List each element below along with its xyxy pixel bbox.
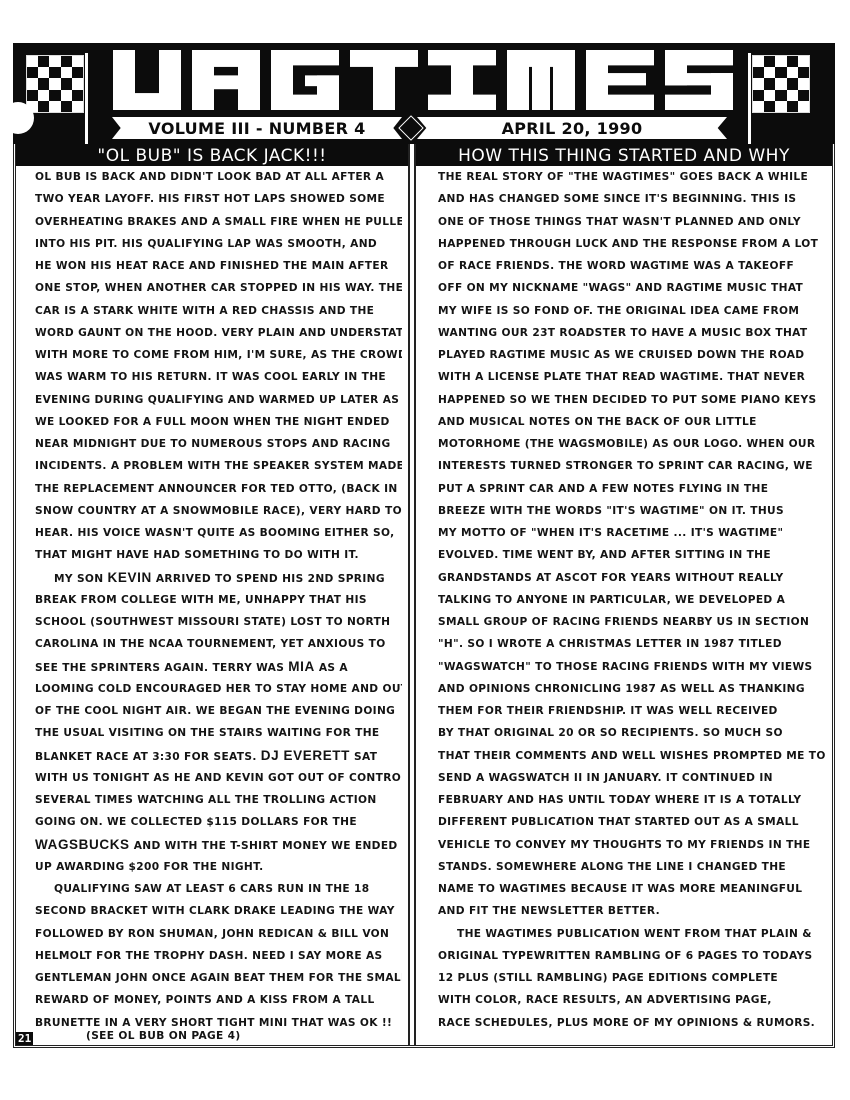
text-line: AND OPINIONS CHRONICLING 1987 AS WELL AS…	[438, 678, 826, 700]
checker-square	[72, 67, 83, 78]
text-line: OL BUB IS BACK AND DIDN'T LOOK BAD AT AL…	[35, 166, 402, 188]
left-column: "OL BUB" IS BACK JACK!!! OL BUB IS BACK …	[16, 144, 410, 1045]
checker-square	[798, 56, 809, 67]
volume-number: VOLUME III - NUMBER 4	[148, 119, 365, 138]
text-line: LOOMING COLD ENCOURAGED HER TO STAY HOME…	[35, 678, 402, 700]
left-article-body: OL BUB IS BACK AND DIDN'T LOOK BAD AT AL…	[16, 166, 408, 1034]
text-line: INCIDENTS. A PROBLEM WITH THE SPEAKER SY…	[35, 455, 402, 477]
text-line: BY THAT ORIGINAL 20 OR SO RECIPIENTS. SO…	[438, 722, 826, 744]
checker-square	[38, 101, 49, 112]
text-line: STANDS. SOMEWHERE ALONG THE LINE I CHANG…	[438, 856, 826, 878]
text-line: OF THE COOL NIGHT AIR. WE BEGAN THE EVEN…	[35, 700, 402, 722]
masthead-letter-i	[428, 50, 496, 110]
checker-square	[753, 56, 764, 67]
text-line: HELMOLT FOR THE TROPHY DASH. NEED I SAY …	[35, 945, 402, 967]
text-run: MY SON	[54, 573, 108, 585]
text-line: NAME TO WAGTIMES BECAUSE IT WAS MORE MEA…	[438, 878, 826, 900]
right-article-headline: HOW THIS THING STARTED AND WHY	[416, 144, 832, 166]
text-line: PUT A SPRINT CAR AND A FEW NOTES FLYING …	[438, 478, 826, 500]
checker-square	[764, 90, 775, 101]
checker-square	[775, 67, 786, 78]
text-run: AND WITH THE T-SHIRT MONEY WE ENDED	[130, 840, 398, 852]
masthead-letter-s	[665, 50, 733, 110]
checker-square	[775, 56, 786, 67]
checker-square	[38, 67, 49, 78]
checker-square	[787, 78, 798, 89]
text-line: INTERESTS TURNED STRONGER TO SPRINT CAR …	[438, 455, 826, 477]
text-line: WE LOOKED FOR A FULL MOON WHEN THE NIGHT…	[35, 411, 402, 433]
binder-hole	[2, 102, 34, 134]
text-line: SNOW COUNTRY AT A SNOWMOBILE RACE), VERY…	[35, 500, 402, 522]
text-line: HAPPENED SO WE THEN DECIDED TO PUT SOME …	[438, 389, 826, 411]
checker-square	[49, 67, 60, 78]
checkered-flag-icon	[746, 53, 808, 118]
text-line: NEAR MIDNIGHT DUE TO NUMEROUS STOPS AND …	[35, 433, 402, 455]
text-line: INTO HIS PIT. HIS QUALIFYING LAP WAS SMO…	[35, 233, 402, 255]
checker-square	[787, 101, 798, 112]
checker-square	[61, 78, 72, 89]
text-line: 12 PLUS (STILL RAMBLING) PAGE EDITIONS C…	[438, 967, 826, 989]
right-column: HOW THIS THING STARTED AND WHY THE REAL …	[414, 144, 832, 1045]
text-line: ONE STOP, WHEN ANOTHER CAR STOPPED IN HI…	[35, 277, 402, 299]
checker-square	[798, 67, 809, 78]
text-line: FOLLOWED BY RON SHUMAN, JOHN REDICAN & B…	[35, 923, 402, 945]
checker-square	[49, 101, 60, 112]
text-line: FEBRUARY AND HAS UNTIL TODAY WHERE IT IS…	[438, 789, 826, 811]
text-line: MOTORHOME (THE WAGSMOBILE) AS OUR LOGO. …	[438, 433, 826, 455]
checker-square	[753, 67, 764, 78]
checker-square	[38, 90, 49, 101]
text-line: ONE OF THOSE THINGS THAT WASN'T PLANNED …	[438, 211, 826, 233]
text-line: OVERHEATING BRAKES AND A SMALL FIRE WHEN…	[35, 211, 402, 233]
text-run: BLANKET RACE AT 3:30 FOR SEATS.	[35, 751, 261, 763]
checker-square	[72, 101, 83, 112]
text-line: RACE SCHEDULES, PLUS MORE OF MY OPINIONS…	[438, 1012, 826, 1034]
flag-checker-grid	[752, 55, 810, 113]
flag-pole	[748, 53, 751, 145]
checker-square	[27, 90, 38, 101]
checker-square	[27, 78, 38, 89]
emphasized-name: KEVIN	[108, 570, 152, 585]
text-line: MY MOTTO OF "WHEN IT'S RACETIME ... IT'S…	[438, 522, 826, 544]
text-line: HE WON HIS HEAT RACE AND FINISHED THE MA…	[35, 255, 402, 277]
emphasized-name: DJ EVERETT	[261, 748, 350, 763]
checker-square	[775, 90, 786, 101]
emphasized-name: WAGSBUCKS	[35, 837, 130, 852]
checker-square	[798, 90, 809, 101]
text-line: CAR IS A STARK WHITE WITH A RED CHASSIS …	[35, 300, 402, 322]
checker-square	[775, 101, 786, 112]
masthead-title	[113, 50, 733, 110]
text-line: GENTLEMAN JOHN ONCE AGAIN BEAT THEM FOR …	[35, 967, 402, 989]
checker-square	[27, 67, 38, 78]
text-line: MY SON KEVIN ARRIVED TO SPEND HIS 2ND SP…	[35, 567, 402, 589]
text-line: BLANKET RACE AT 3:30 FOR SEATS. DJ EVERE…	[35, 745, 402, 767]
text-line: GOING ON. WE COLLECTED $115 DOLLARS FOR …	[35, 811, 402, 833]
masthead-letter-e	[586, 50, 654, 110]
text-line: THAT MIGHT HAVE HAD SOMETHING TO DO WITH…	[35, 544, 402, 566]
masthead-letter-a	[192, 50, 260, 110]
text-line: "H". SO I WROTE A CHRISTMAS LETTER IN 19…	[438, 633, 826, 655]
text-line: SEVERAL TIMES WATCHING ALL THE TROLLING …	[35, 789, 402, 811]
text-run: ARRIVED TO SPEND HIS 2ND SPRING	[152, 573, 385, 585]
text-line: VEHICLE TO CONVEY MY THOUGHTS TO MY FRIE…	[438, 834, 826, 856]
text-run: AS A	[315, 662, 348, 674]
checker-square	[798, 101, 809, 112]
checker-square	[753, 101, 764, 112]
checker-square	[787, 90, 798, 101]
text-line: THE REPLACEMENT ANNOUNCER FOR TED OTTO, …	[35, 478, 402, 500]
text-line: UP AWARDING $200 FOR THE NIGHT.	[35, 856, 402, 878]
text-line: AND FIT THE NEWSLETTER BETTER.	[438, 900, 826, 922]
masthead-letter-m	[507, 50, 575, 110]
text-line: "WAGSWATCH" TO THOSE RACING FRIENDS WITH…	[438, 656, 826, 678]
issue-date: APRIL 20, 1990	[502, 119, 643, 138]
text-line: AND HAS CHANGED SOME SINCE IT'S BEGINNIN…	[438, 188, 826, 210]
checker-square	[72, 90, 83, 101]
checker-square	[72, 78, 83, 89]
checker-square	[49, 56, 60, 67]
left-article-headline: "OL BUB" IS BACK JACK!!!	[16, 144, 408, 166]
checker-square	[38, 56, 49, 67]
flag-pole	[85, 53, 88, 145]
text-line: OF RACE FRIENDS. THE WORD WAGTIME WAS A …	[438, 255, 826, 277]
checker-square	[787, 67, 798, 78]
checker-square	[764, 56, 775, 67]
checker-square	[764, 78, 775, 89]
checker-square	[764, 101, 775, 112]
masthead-letter-t	[350, 50, 418, 110]
checker-square	[49, 90, 60, 101]
text-line: SMALL GROUP OF RACING FRIENDS NEARBY US …	[438, 611, 826, 633]
checker-square	[27, 56, 38, 67]
checker-square	[753, 90, 764, 101]
text-line: EVENING DURING QUALIFYING AND WARMED UP …	[35, 389, 402, 411]
checker-square	[49, 78, 60, 89]
text-run: SEE THE SPRINTERS AGAIN. TERRY WAS	[35, 662, 288, 674]
text-line: WANTING OUR 23T ROADSTER TO HAVE A MUSIC…	[438, 322, 826, 344]
text-line: TALKING TO ANYONE IN PARTICULAR, WE DEVE…	[438, 589, 826, 611]
text-line: WITH A LICENSE PLATE THAT READ WAGTIME. …	[438, 366, 826, 388]
text-line: WAS WARM TO HIS RETURN. IT WAS COOL EARL…	[35, 366, 402, 388]
text-line: THE REAL STORY OF "THE WAGTIMES" GOES BA…	[438, 166, 826, 188]
text-line: THEM FOR THEIR FRIENDSHIP. IT WAS WELL R…	[438, 700, 826, 722]
text-line: SECOND BRACKET WITH CLARK DRAKE LEADING …	[35, 900, 402, 922]
text-line: QUALIFYING SAW AT LEAST 6 CARS RUN IN TH…	[35, 878, 402, 900]
checkered-flag-icon	[26, 53, 88, 118]
emphasized-name: MIA	[288, 659, 315, 674]
text-line: THE WAGTIMES PUBLICATION WENT FROM THAT …	[438, 923, 826, 945]
text-line: CAROLINA IN THE NCAA TOURNEMENT, YET ANX…	[35, 633, 402, 655]
checker-square	[61, 56, 72, 67]
flag-checker-grid	[26, 55, 84, 113]
text-line: WORD GAUNT ON THE HOOD. VERY PLAIN AND U…	[35, 322, 402, 344]
text-line: SCHOOL (SOUTHWEST MISSOURI STATE) LOST T…	[35, 611, 402, 633]
checker-square	[72, 56, 83, 67]
text-line: GRANDSTANDS AT ASCOT FOR YEARS WITHOUT R…	[438, 567, 826, 589]
text-line: SEE THE SPRINTERS AGAIN. TERRY WAS MIA A…	[35, 656, 402, 678]
text-line: EVOLVED. TIME WENT BY, AND AFTER SITTING…	[438, 544, 826, 566]
checker-square	[753, 78, 764, 89]
text-line: BREAK FROM COLLEGE WITH ME, UNHAPPY THAT…	[35, 589, 402, 611]
checker-square	[798, 78, 809, 89]
text-line: AND MUSICAL NOTES ON THE BACK OF OUR LIT…	[438, 411, 826, 433]
text-line: TWO YEAR LAYOFF. HIS FIRST HOT LAPS SHOW…	[35, 188, 402, 210]
checker-square	[61, 90, 72, 101]
right-article-body: THE REAL STORY OF "THE WAGTIMES" GOES BA…	[416, 166, 832, 1034]
continuation-note: (SEE OL BUB ON PAGE 4)	[86, 1030, 241, 1042]
text-line: REWARD OF MONEY, POINTS AND A KISS FROM …	[35, 989, 402, 1011]
text-line: MY WIFE IS SO FOND OF. THE ORIGINAL IDEA…	[438, 300, 826, 322]
date-banner: APRIL 20, 1990	[417, 117, 727, 139]
text-line: WAGSBUCKS AND WITH THE T-SHIRT MONEY WE …	[35, 834, 402, 856]
text-line: HEAR. HIS VOICE WASN'T QUITE AS BOOMING …	[35, 522, 402, 544]
text-line: BREEZE WITH THE WORDS "IT'S WAGTIME" ON …	[438, 500, 826, 522]
text-line: THAT THEIR COMMENTS AND WELL WISHES PROM…	[438, 745, 826, 767]
checker-square	[61, 67, 72, 78]
text-line: DIFFERENT PUBLICATION THAT STARTED OUT A…	[438, 811, 826, 833]
text-line: PLAYED RAGTIME MUSIC AS WE CRUISED DOWN …	[438, 344, 826, 366]
text-line: ORIGINAL TYPEWRITTEN RAMBLING OF 6 PAGES…	[438, 945, 826, 967]
masthead-letter-w	[113, 50, 181, 110]
text-line: SEND A WAGSWATCH II IN JANUARY. IT CONTI…	[438, 767, 826, 789]
text-line: HAPPENED THROUGH LUCK AND THE RESPONSE F…	[438, 233, 826, 255]
text-line: THE USUAL VISITING ON THE STAIRS WAITING…	[35, 722, 402, 744]
text-line: WITH US TONIGHT AS HE AND KEVIN GOT OUT …	[35, 767, 402, 789]
masthead-letter-g	[271, 50, 339, 110]
checker-square	[787, 56, 798, 67]
page-number: 21	[16, 1032, 33, 1045]
checker-square	[775, 78, 786, 89]
checker-square	[61, 101, 72, 112]
volume-banner: VOLUME III - NUMBER 4	[112, 117, 402, 139]
text-line: WITH MORE TO COME FROM HIM, I'M SURE, AS…	[35, 344, 402, 366]
text-line: OFF ON MY NICKNAME "WAGS" AND RAGTIME MU…	[438, 277, 826, 299]
masthead: VOLUME III - NUMBER 4 APRIL 20, 1990	[13, 43, 835, 144]
text-line: WITH COLOR, RACE RESULTS, AN ADVERTISING…	[438, 989, 826, 1011]
text-run: SAT	[350, 751, 377, 763]
checker-square	[764, 67, 775, 78]
checker-square	[38, 78, 49, 89]
